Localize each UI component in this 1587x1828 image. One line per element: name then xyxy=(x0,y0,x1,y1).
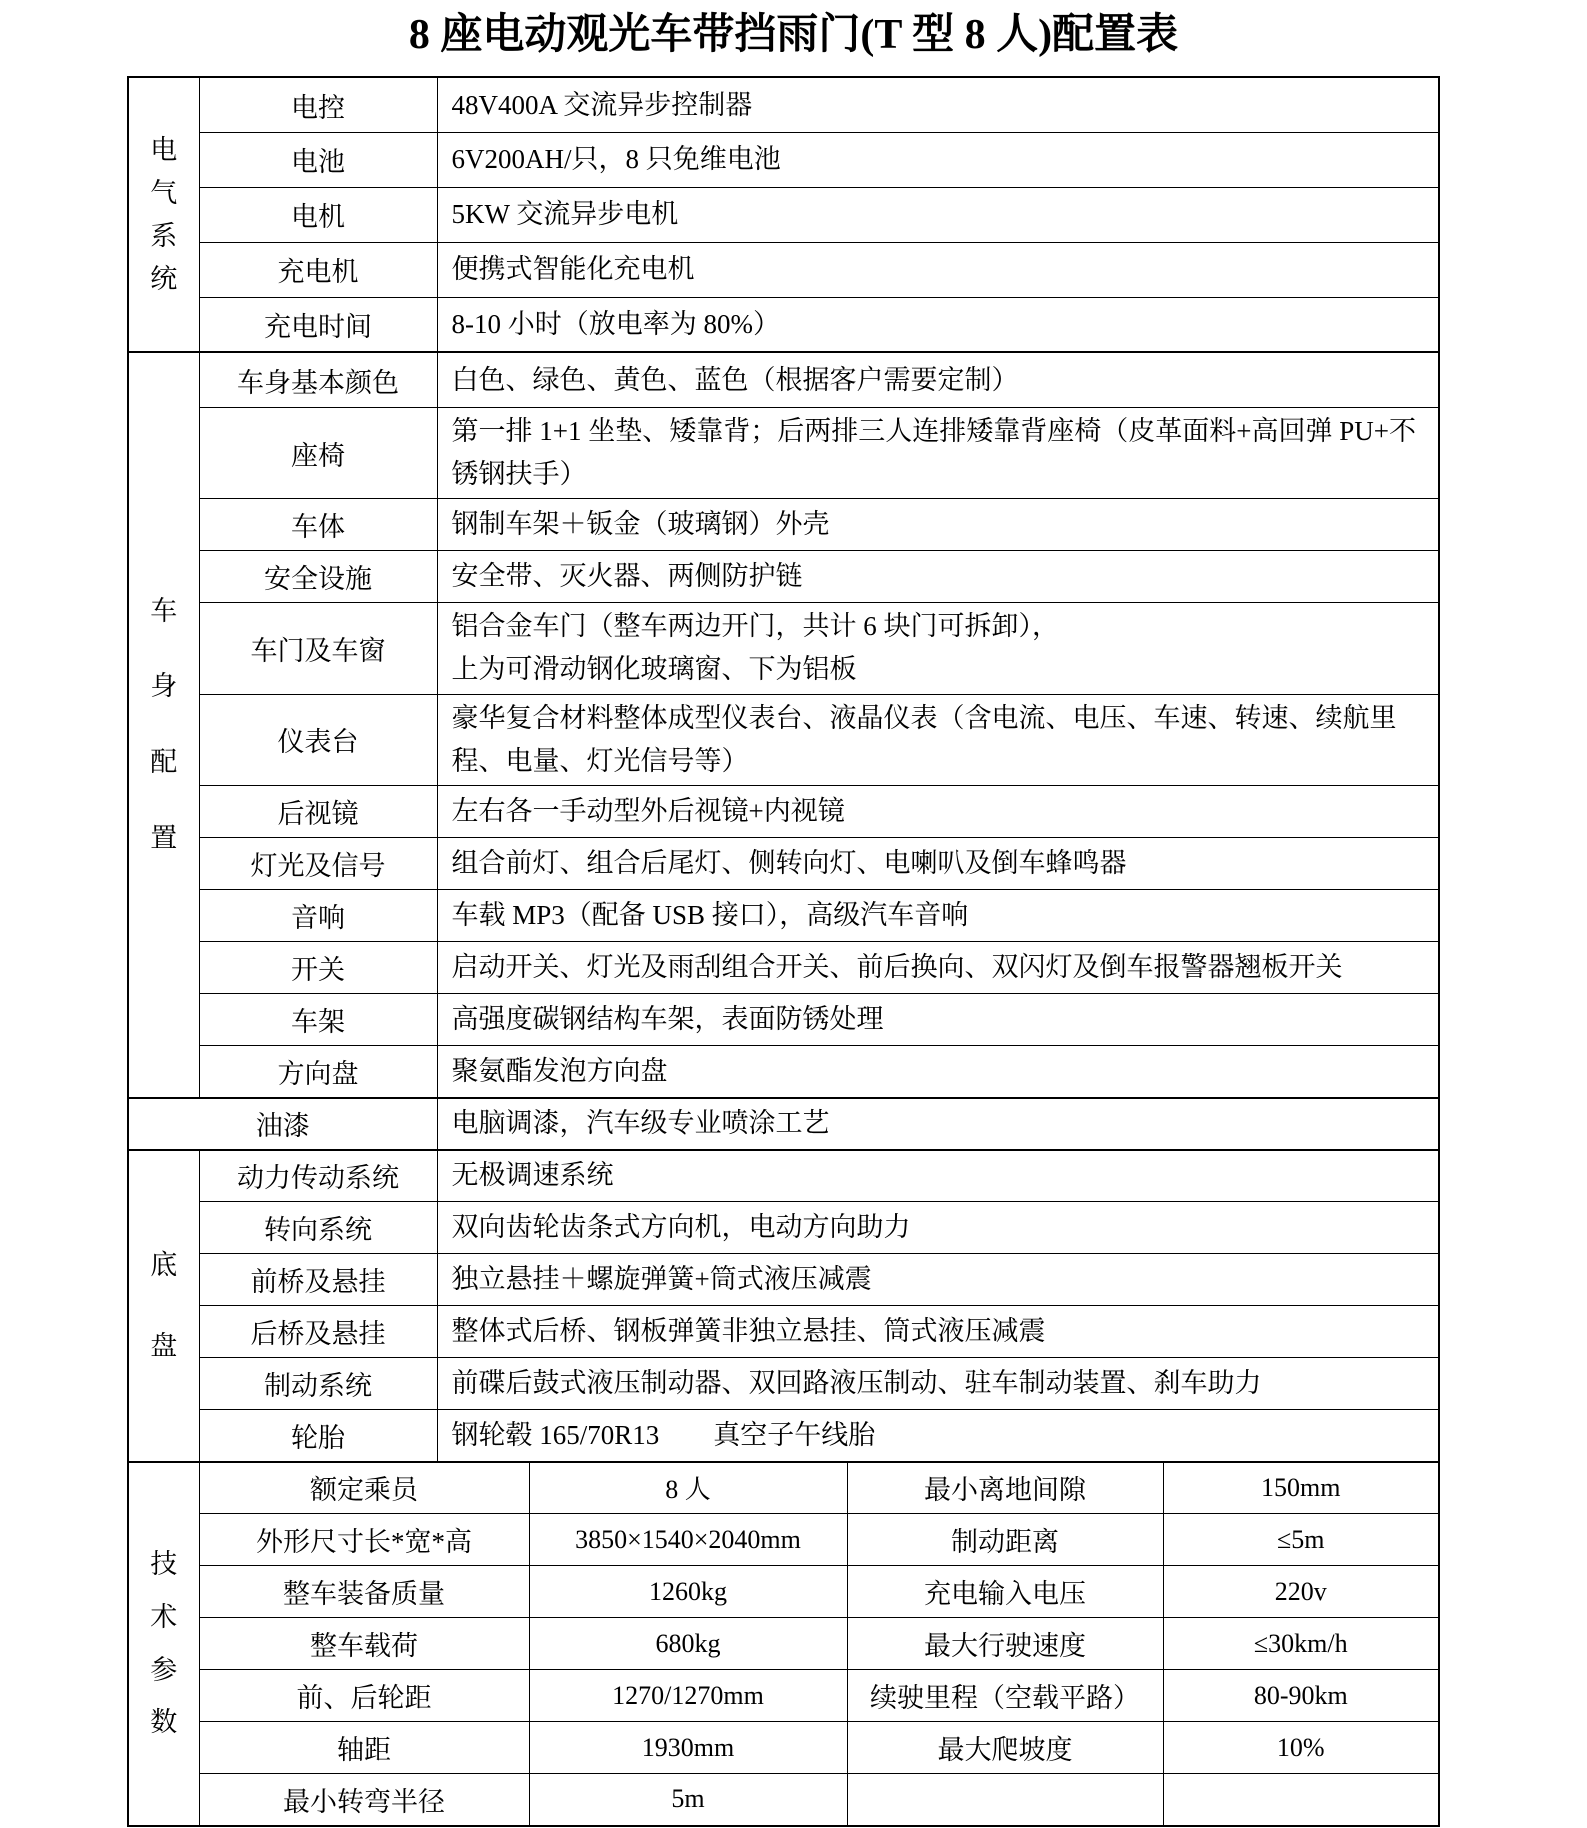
spec-name-cell: 制动距离 xyxy=(847,1514,1163,1566)
spec-name-cell: 最大行驶速度 xyxy=(847,1618,1163,1670)
table-row: 方向盘 聚氨酯发泡方向盘 xyxy=(128,1046,1439,1098)
section-label-text: 技术参数 xyxy=(149,1538,179,1749)
table-row: 灯光及信号 组合前灯、组合后尾灯、侧转向灯、电喇叭及倒车蜂鸣器 xyxy=(128,838,1439,890)
table-row: 开关 启动开关、灯光及雨刮组合开关、前后换向、双闪灯及倒车报警器翘板开关 xyxy=(128,942,1439,994)
spec-value-cell: 80-90km xyxy=(1163,1670,1439,1722)
table-row: 整车载荷 680kg 最大行驶速度 ≤30km/h xyxy=(128,1618,1439,1670)
param-value-cell: 钢轮毂 165/70R13 真空子午线胎 xyxy=(437,1410,1439,1462)
table-row: 前桥及悬挂 独立悬挂＋螺旋弹簧+筒式液压减震 xyxy=(128,1254,1439,1306)
param-value-cell: 铝合金车门（整车两边开门，共计 6 块门可拆卸）， 上为可滑动钢化玻璃窗、下为铝… xyxy=(437,603,1439,694)
table-row: 整车装备质量 1260kg 充电输入电压 220v xyxy=(128,1566,1439,1618)
param-name-cell: 电控 xyxy=(199,77,437,132)
param-name-cell: 安全设施 xyxy=(199,551,437,603)
spec-value-cell: 10% xyxy=(1163,1722,1439,1774)
spec-name-cell: 整车载荷 xyxy=(199,1618,529,1670)
section-label-electrical: 电气系统 xyxy=(128,77,199,352)
param-name-cell: 车体 xyxy=(199,499,437,551)
table-row: 轴距 1930mm 最大爬坡度 10% xyxy=(128,1722,1439,1774)
param-name-cell: 电池 xyxy=(199,132,437,187)
param-value-cell: 车载 MP3（配备 USB 接口），高级汽车音响 xyxy=(437,890,1439,942)
spec-value-cell: 3850×1540×2040mm xyxy=(529,1514,847,1566)
spec-value-cell xyxy=(1163,1774,1439,1826)
table-row: 电池 6V200AH/只，8 只免维电池 xyxy=(128,132,1439,187)
table-row: 电气系统 电控 48V400A 交流异步控制器 xyxy=(128,77,1439,132)
param-value-cell: 组合前灯、组合后尾灯、侧转向灯、电喇叭及倒车蜂鸣器 xyxy=(437,838,1439,890)
spec-name-cell: 最小离地间隙 xyxy=(847,1462,1163,1514)
table-row: 最小转弯半径 5m xyxy=(128,1774,1439,1826)
param-value-cell: 独立悬挂＋螺旋弹簧+筒式液压减震 xyxy=(437,1254,1439,1306)
param-value-cell: 便携式智能化充电机 xyxy=(437,242,1439,297)
table-row: 技术参数 额定乘员 8 人 最小离地间隙 150mm xyxy=(128,1462,1439,1514)
param-name-cell: 开关 xyxy=(199,942,437,994)
param-name-cell: 后桥及悬挂 xyxy=(199,1306,437,1358)
spec-name-cell: 最小转弯半径 xyxy=(199,1774,529,1826)
param-value-cell: 整体式后桥、钢板弹簧非独立悬挂、筒式液压减震 xyxy=(437,1306,1439,1358)
spec-table: 电气系统 电控 48V400A 交流异步控制器 电池 6V200AH/只，8 只… xyxy=(127,76,1440,1826)
param-name-cell: 车门及车窗 xyxy=(199,603,437,694)
param-value-cell: 聚氨酯发泡方向盘 xyxy=(437,1046,1439,1098)
table-row: 轮胎 钢轮毂 165/70R13 真空子午线胎 xyxy=(128,1410,1439,1462)
param-name-cell: 车架 xyxy=(199,994,437,1046)
param-name-cell: 制动系统 xyxy=(199,1358,437,1410)
spec-sheet-page: 8 座电动观光车带挡雨门(T 型 8 人)配置表 电气系统 电控 48V400A… xyxy=(0,0,1587,1828)
param-value-cell: 前碟后鼓式液压制动器、双回路液压制动、驻车制动装置、刹车助力 xyxy=(437,1358,1439,1410)
spec-name-cell: 额定乘员 xyxy=(199,1462,529,1514)
param-value-cell: 安全带、灭火器、两侧防护链 xyxy=(437,551,1439,603)
table-row: 安全设施 安全带、灭火器、两侧防护链 xyxy=(128,551,1439,603)
param-name-cell: 仪表台 xyxy=(199,694,437,785)
spec-name-cell: 最大爬坡度 xyxy=(847,1722,1163,1774)
param-value-cell: 左右各一手动型外后视镜+内视镜 xyxy=(437,786,1439,838)
table-row: 前、后轮距 1270/1270mm 续驶里程（空载平路） 80-90km xyxy=(128,1670,1439,1722)
param-name-cell: 轮胎 xyxy=(199,1410,437,1462)
spec-value-cell: 150mm xyxy=(1163,1462,1439,1514)
spec-value-cell: 1930mm xyxy=(529,1722,847,1774)
table-row: 座椅 第一排 1+1 坐垫、矮靠背；后两排三人连排矮靠背座椅（皮革面料+高回弹 … xyxy=(128,407,1439,498)
section-label-text: 电气系统 xyxy=(149,129,179,302)
param-name-cell: 车身基本颜色 xyxy=(199,352,437,407)
table-row: 车架 高强度碳钢结构车架，表面防锈处理 xyxy=(128,994,1439,1046)
table-row: 后视镜 左右各一手动型外后视镜+内视镜 xyxy=(128,786,1439,838)
param-name-cell: 灯光及信号 xyxy=(199,838,437,890)
param-value-cell: 豪华复合材料整体成型仪表台、液晶仪表（含电流、电压、车速、转速、续航里程、电量、… xyxy=(437,694,1439,785)
spec-value-cell: ≤5m xyxy=(1163,1514,1439,1566)
param-value-cell: 48V400A 交流异步控制器 xyxy=(437,77,1439,132)
section-label-text: 底盘 xyxy=(149,1225,179,1387)
table-row: 车门及车窗 铝合金车门（整车两边开门，共计 6 块门可拆卸）， 上为可滑动钢化玻… xyxy=(128,603,1439,694)
spec-name-cell: 续驶里程（空载平路） xyxy=(847,1670,1163,1722)
param-value-cell: 白色、绿色、黄色、蓝色（根据客户需要定制） xyxy=(437,352,1439,407)
section-label-text: 车身配置 xyxy=(149,574,179,876)
param-name-cell: 充电时间 xyxy=(199,297,437,352)
section-label-body: 车身配置 xyxy=(128,352,199,1097)
param-value-cell: 5KW 交流异步电机 xyxy=(437,187,1439,242)
section-label-specs: 技术参数 xyxy=(128,1462,199,1826)
section-label-chassis: 底盘 xyxy=(128,1150,199,1462)
table-row: 转向系统 双向齿轮齿条式方向机，电动方向助力 xyxy=(128,1202,1439,1254)
param-value-cell: 启动开关、灯光及雨刮组合开关、前后换向、双闪灯及倒车报警器翘板开关 xyxy=(437,942,1439,994)
spec-name-cell: 外形尺寸长*宽*高 xyxy=(199,1514,529,1566)
param-value-cell: 电脑调漆，汽车级专业喷涂工艺 xyxy=(437,1098,1439,1150)
param-name-cell: 充电机 xyxy=(199,242,437,297)
spec-name-cell: 前、后轮距 xyxy=(199,1670,529,1722)
param-name-cell: 转向系统 xyxy=(199,1202,437,1254)
spec-value-cell: 5m xyxy=(529,1774,847,1826)
table-row: 充电时间 8-10 小时（放电率为 80%） xyxy=(128,297,1439,352)
param-name-cell: 方向盘 xyxy=(199,1046,437,1098)
spec-value-cell: 1270/1270mm xyxy=(529,1670,847,1722)
param-name-cell: 电机 xyxy=(199,187,437,242)
paint-label-cell: 油漆 xyxy=(128,1098,437,1150)
param-value-cell: 第一排 1+1 坐垫、矮靠背；后两排三人连排矮靠背座椅（皮革面料+高回弹 PU+… xyxy=(437,407,1439,498)
param-value-cell: 高强度碳钢结构车架，表面防锈处理 xyxy=(437,994,1439,1046)
table-row: 外形尺寸长*宽*高 3850×1540×2040mm 制动距离 ≤5m xyxy=(128,1514,1439,1566)
table-row: 底盘 动力传动系统 无极调速系统 xyxy=(128,1150,1439,1202)
table-row: 电机 5KW 交流异步电机 xyxy=(128,187,1439,242)
table-row: 车身配置 车身基本颜色 白色、绿色、黄色、蓝色（根据客户需要定制） xyxy=(128,352,1439,407)
spec-value-cell: 8 人 xyxy=(529,1462,847,1514)
param-name-cell: 前桥及悬挂 xyxy=(199,1254,437,1306)
spec-name-cell: 轴距 xyxy=(199,1722,529,1774)
param-value-cell: 6V200AH/只，8 只免维电池 xyxy=(437,132,1439,187)
table-row: 音响 车载 MP3（配备 USB 接口），高级汽车音响 xyxy=(128,890,1439,942)
param-name-cell: 座椅 xyxy=(199,407,437,498)
param-name-cell: 后视镜 xyxy=(199,786,437,838)
param-value-cell: 钢制车架＋钣金（玻璃钢）外壳 xyxy=(437,499,1439,551)
spec-name-cell: 充电输入电压 xyxy=(847,1566,1163,1618)
table-row: 车体 钢制车架＋钣金（玻璃钢）外壳 xyxy=(128,499,1439,551)
spec-name-cell xyxy=(847,1774,1163,1826)
table-row: 油漆 电脑调漆，汽车级专业喷涂工艺 xyxy=(128,1098,1439,1150)
param-value-cell: 8-10 小时（放电率为 80%） xyxy=(437,297,1439,352)
page-title: 8 座电动观光车带挡雨门(T 型 8 人)配置表 xyxy=(0,10,1587,60)
spec-value-cell: ≤30km/h xyxy=(1163,1618,1439,1670)
spec-value-cell: 220v xyxy=(1163,1566,1439,1618)
table-row: 制动系统 前碟后鼓式液压制动器、双回路液压制动、驻车制动装置、刹车助力 xyxy=(128,1358,1439,1410)
spec-value-cell: 1260kg xyxy=(529,1566,847,1618)
table-row: 充电机 便携式智能化充电机 xyxy=(128,242,1439,297)
spec-name-cell: 整车装备质量 xyxy=(199,1566,529,1618)
param-name-cell: 音响 xyxy=(199,890,437,942)
param-value-cell: 双向齿轮齿条式方向机，电动方向助力 xyxy=(437,1202,1439,1254)
table-row: 后桥及悬挂 整体式后桥、钢板弹簧非独立悬挂、筒式液压减震 xyxy=(128,1306,1439,1358)
param-name-cell: 动力传动系统 xyxy=(199,1150,437,1202)
spec-value-cell: 680kg xyxy=(529,1618,847,1670)
table-row: 仪表台 豪华复合材料整体成型仪表台、液晶仪表（含电流、电压、车速、转速、续航里程… xyxy=(128,694,1439,785)
param-value-cell: 无极调速系统 xyxy=(437,1150,1439,1202)
